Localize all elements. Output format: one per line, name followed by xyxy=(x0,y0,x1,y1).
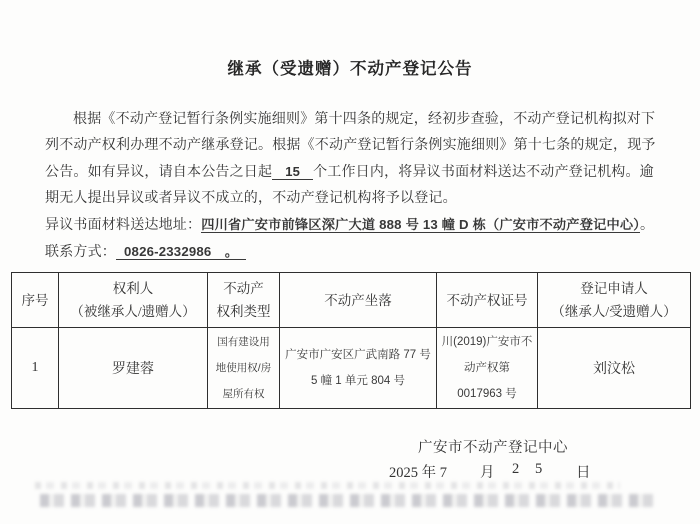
notice-line-3: 公告。如有异议，请自本公告之日起15个工作日内，将异议书面材料送达不动产登记机构… xyxy=(45,159,655,186)
scanned-announcement-page: 继承（受遗赠）不动产登记公告 根据《不动产登记暂行条例实施细则》第十四条的规定，… xyxy=(0,0,700,524)
cell-rights-holder: 罗建蓉 xyxy=(59,328,208,409)
property-registration-table: 序号 权利人 （被继承人/遗赠人） 不动产 权利类型 不动产坐落 不动产权证号 … xyxy=(11,272,691,409)
document-title: 继承（受遗赠）不动产登记公告 xyxy=(0,55,700,79)
cell-property-location: 广安市广安区广武南路 77 号 5 幢 1 单元 804 号 xyxy=(280,328,437,409)
date-year-month: 2025 年 7 xyxy=(389,461,447,482)
delivery-address-line: 异议书面材料送达地址：四川省广安市前锋区深广大道 888 号 13 幢 D 栋（… xyxy=(45,212,655,239)
notice-paragraph: 根据《不动产登记暂行条例实施细则》第十四条的规定，经初步查验，不动产登记机构拟对… xyxy=(45,107,655,266)
cell-certificate-number: 川(2019)广安市不 动产权第 0017963 号 xyxy=(437,328,538,409)
header-applicant: 登记申请人 （继承人/受遗赠人） xyxy=(538,273,691,328)
header-property-location: 不动产坐落 xyxy=(280,273,437,328)
table-header-row: 序号 权利人 （被继承人/遗赠人） 不动产 权利类型 不动产坐落 不动产权证号 … xyxy=(12,273,691,328)
scan-bleedthrough-artifact-2 xyxy=(40,494,660,507)
cell-right-type: 国有建设用 地使用权/房 屋所有权 xyxy=(208,328,280,409)
issuing-authority: 广安市不动产登记中心 xyxy=(418,436,568,457)
notice-line-3-pre: 公告。如有异议，请自本公告之日起 xyxy=(45,165,272,180)
notice-line-2: 列不动产权利办理不动产继承登记。根据《不动产登记暂行条例实施细则》第十七条的规定… xyxy=(45,133,655,159)
notice-line-3-post: 个工作日内，将异议书面材料送达不动产登记机构。逾 xyxy=(313,165,654,180)
delivery-address-label: 异议书面材料送达地址： xyxy=(45,218,201,233)
table-row: 1 罗建蓉 国有建设用 地使用权/房 屋所有权 广安市广安区广武南路 77 号 … xyxy=(12,328,691,409)
notice-line-4: 期无人提出异议或者异议不成立的，不动产登记机构将予以登记。 xyxy=(45,186,655,212)
cell-serial-number: 1 xyxy=(12,328,59,409)
header-certificate-number: 不动产权证号 xyxy=(437,273,538,328)
delivery-address-period: 。 xyxy=(640,218,654,233)
objection-days-blank: 15 xyxy=(272,164,313,180)
contact-line: 联系方式：0826-2332986 。 xyxy=(45,239,655,266)
header-rights-holder: 权利人 （被继承人/遗赠人） xyxy=(59,273,208,328)
notice-line-1: 根据《不动产登记暂行条例实施细则》第十四条的规定，经初步查验，不动产登记机构拟对… xyxy=(45,107,655,133)
cell-applicant: 刘汶松 xyxy=(538,328,691,409)
contact-label: 联系方式： xyxy=(45,245,116,260)
header-right-type: 不动产 权利类型 xyxy=(208,273,280,328)
date-day-char: 日 xyxy=(576,461,591,482)
scan-bleedthrough-artifact-1 xyxy=(35,482,620,489)
delivery-address-value: 四川省广安市前锋区深广大道 888 号 13 幢 D 栋（广安市不动产登记中心） xyxy=(201,217,640,233)
date-day-digit-2: 5 xyxy=(535,461,542,478)
date-day-digit-1: 2 xyxy=(512,461,519,478)
contact-phone-value: 0826-2332986 。 xyxy=(116,244,246,260)
date-month-char: 月 xyxy=(480,461,495,482)
header-serial-number: 序号 xyxy=(12,273,59,328)
